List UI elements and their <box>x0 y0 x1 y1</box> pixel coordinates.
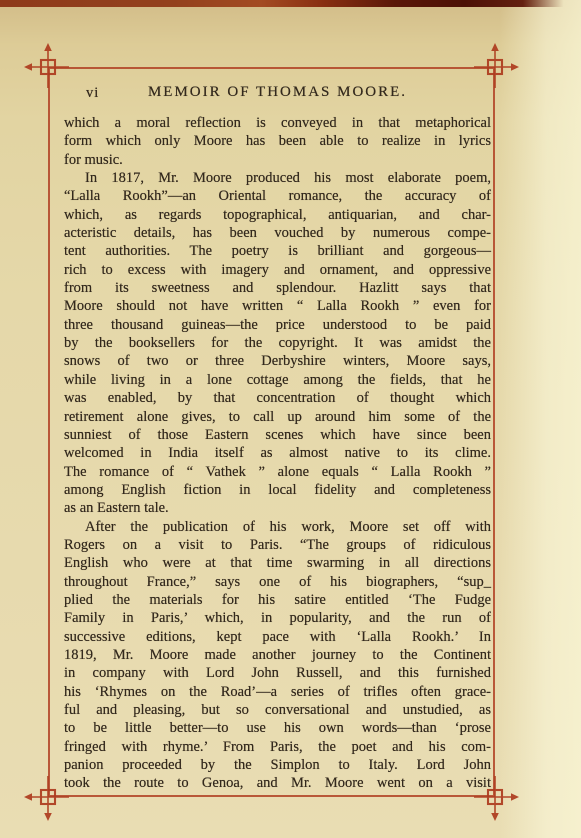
text-line: “Lalla Rookh”—an Oriental romance, the a… <box>64 187 491 205</box>
text-line: took the route to Genoa, and Mr. Moore w… <box>64 774 491 792</box>
text-line: which, as regards topographical, antiqua… <box>64 206 491 224</box>
text-line: his ‘Rhymes on the Road’—a series of tri… <box>64 683 491 701</box>
text-line: fringed with rhyme.’ From Paris, the poe… <box>64 738 491 756</box>
book-top-edge <box>0 0 581 7</box>
text-line: while living in a lone cottage among the… <box>64 371 491 389</box>
text-line: in company with Lord John Russell, and t… <box>64 664 491 682</box>
text-line: sunniest of those Eastern scenes which h… <box>64 426 491 444</box>
text-line: 1819, Mr. Moore made another journey to … <box>64 646 491 664</box>
text-line: welcomed in India itself as almost nativ… <box>64 444 491 462</box>
text-line: for music. <box>64 151 491 169</box>
text-line: snows of two or three Derbyshire winters… <box>64 352 491 370</box>
text-line: Family in Paris,’ which, in popularity, … <box>64 609 491 627</box>
text-line: The romance of “ Vathek ” alone equals “… <box>64 463 491 481</box>
text-line: three thousand guineas—the price underst… <box>64 316 491 334</box>
text-line: successive editions, kept pace with ‘Lal… <box>64 628 491 646</box>
text-line: to be little better—to use his own words… <box>64 719 491 737</box>
text-line: rich to excess with imagery and ornament… <box>64 261 491 279</box>
text-line: form which only Moore has been able to r… <box>64 132 491 150</box>
text-line: as an Eastern tale. <box>64 499 491 517</box>
text-line: among English fiction in local fidelity … <box>64 481 491 499</box>
running-title: MEMOIR OF THOMAS MOORE. <box>64 84 491 101</box>
text-line: English who were at that time swarming i… <box>64 554 491 572</box>
text-line: ful and pleasing, but so conversational … <box>64 701 491 719</box>
text-line: by the booksellers for the copyright. It… <box>64 334 491 352</box>
text-line: Rogers on a visit to Paris. “The groups … <box>64 536 491 554</box>
text-line: tent authorities. The poetry is brillian… <box>64 242 491 260</box>
text-line: throughout France,” says one of his biog… <box>64 573 491 591</box>
folio-number: vi <box>86 85 99 102</box>
text-line: In 1817, Mr. Moore produced his most ela… <box>64 169 491 187</box>
text-line: After the publication of his work, Moore… <box>64 518 491 536</box>
book-page: vi MEMOIR OF THOMAS MOORE. which a moral… <box>0 0 581 838</box>
running-head: vi MEMOIR OF THOMAS MOORE. <box>64 84 491 106</box>
text-line: Moore should not have written “ Lalla Ro… <box>64 297 491 315</box>
body-text: which a moral reflection is conveyed in … <box>64 114 491 793</box>
text-line: acteristic details, has been vouched by … <box>64 224 491 242</box>
text-line: which a moral reflection is conveyed in … <box>64 114 491 132</box>
text-line: panion proceeded by the Simplon to Italy… <box>64 756 491 774</box>
text-line: plied the materials for his satire entit… <box>64 591 491 609</box>
text-line: from its sweetness and splendour. Hazlit… <box>64 279 491 297</box>
page-content: vi MEMOIR OF THOMAS MOORE. which a moral… <box>64 84 491 793</box>
text-line: retirement alone gives, to call up aroun… <box>64 408 491 426</box>
text-line: was enabled, by that concentration of th… <box>64 389 491 407</box>
